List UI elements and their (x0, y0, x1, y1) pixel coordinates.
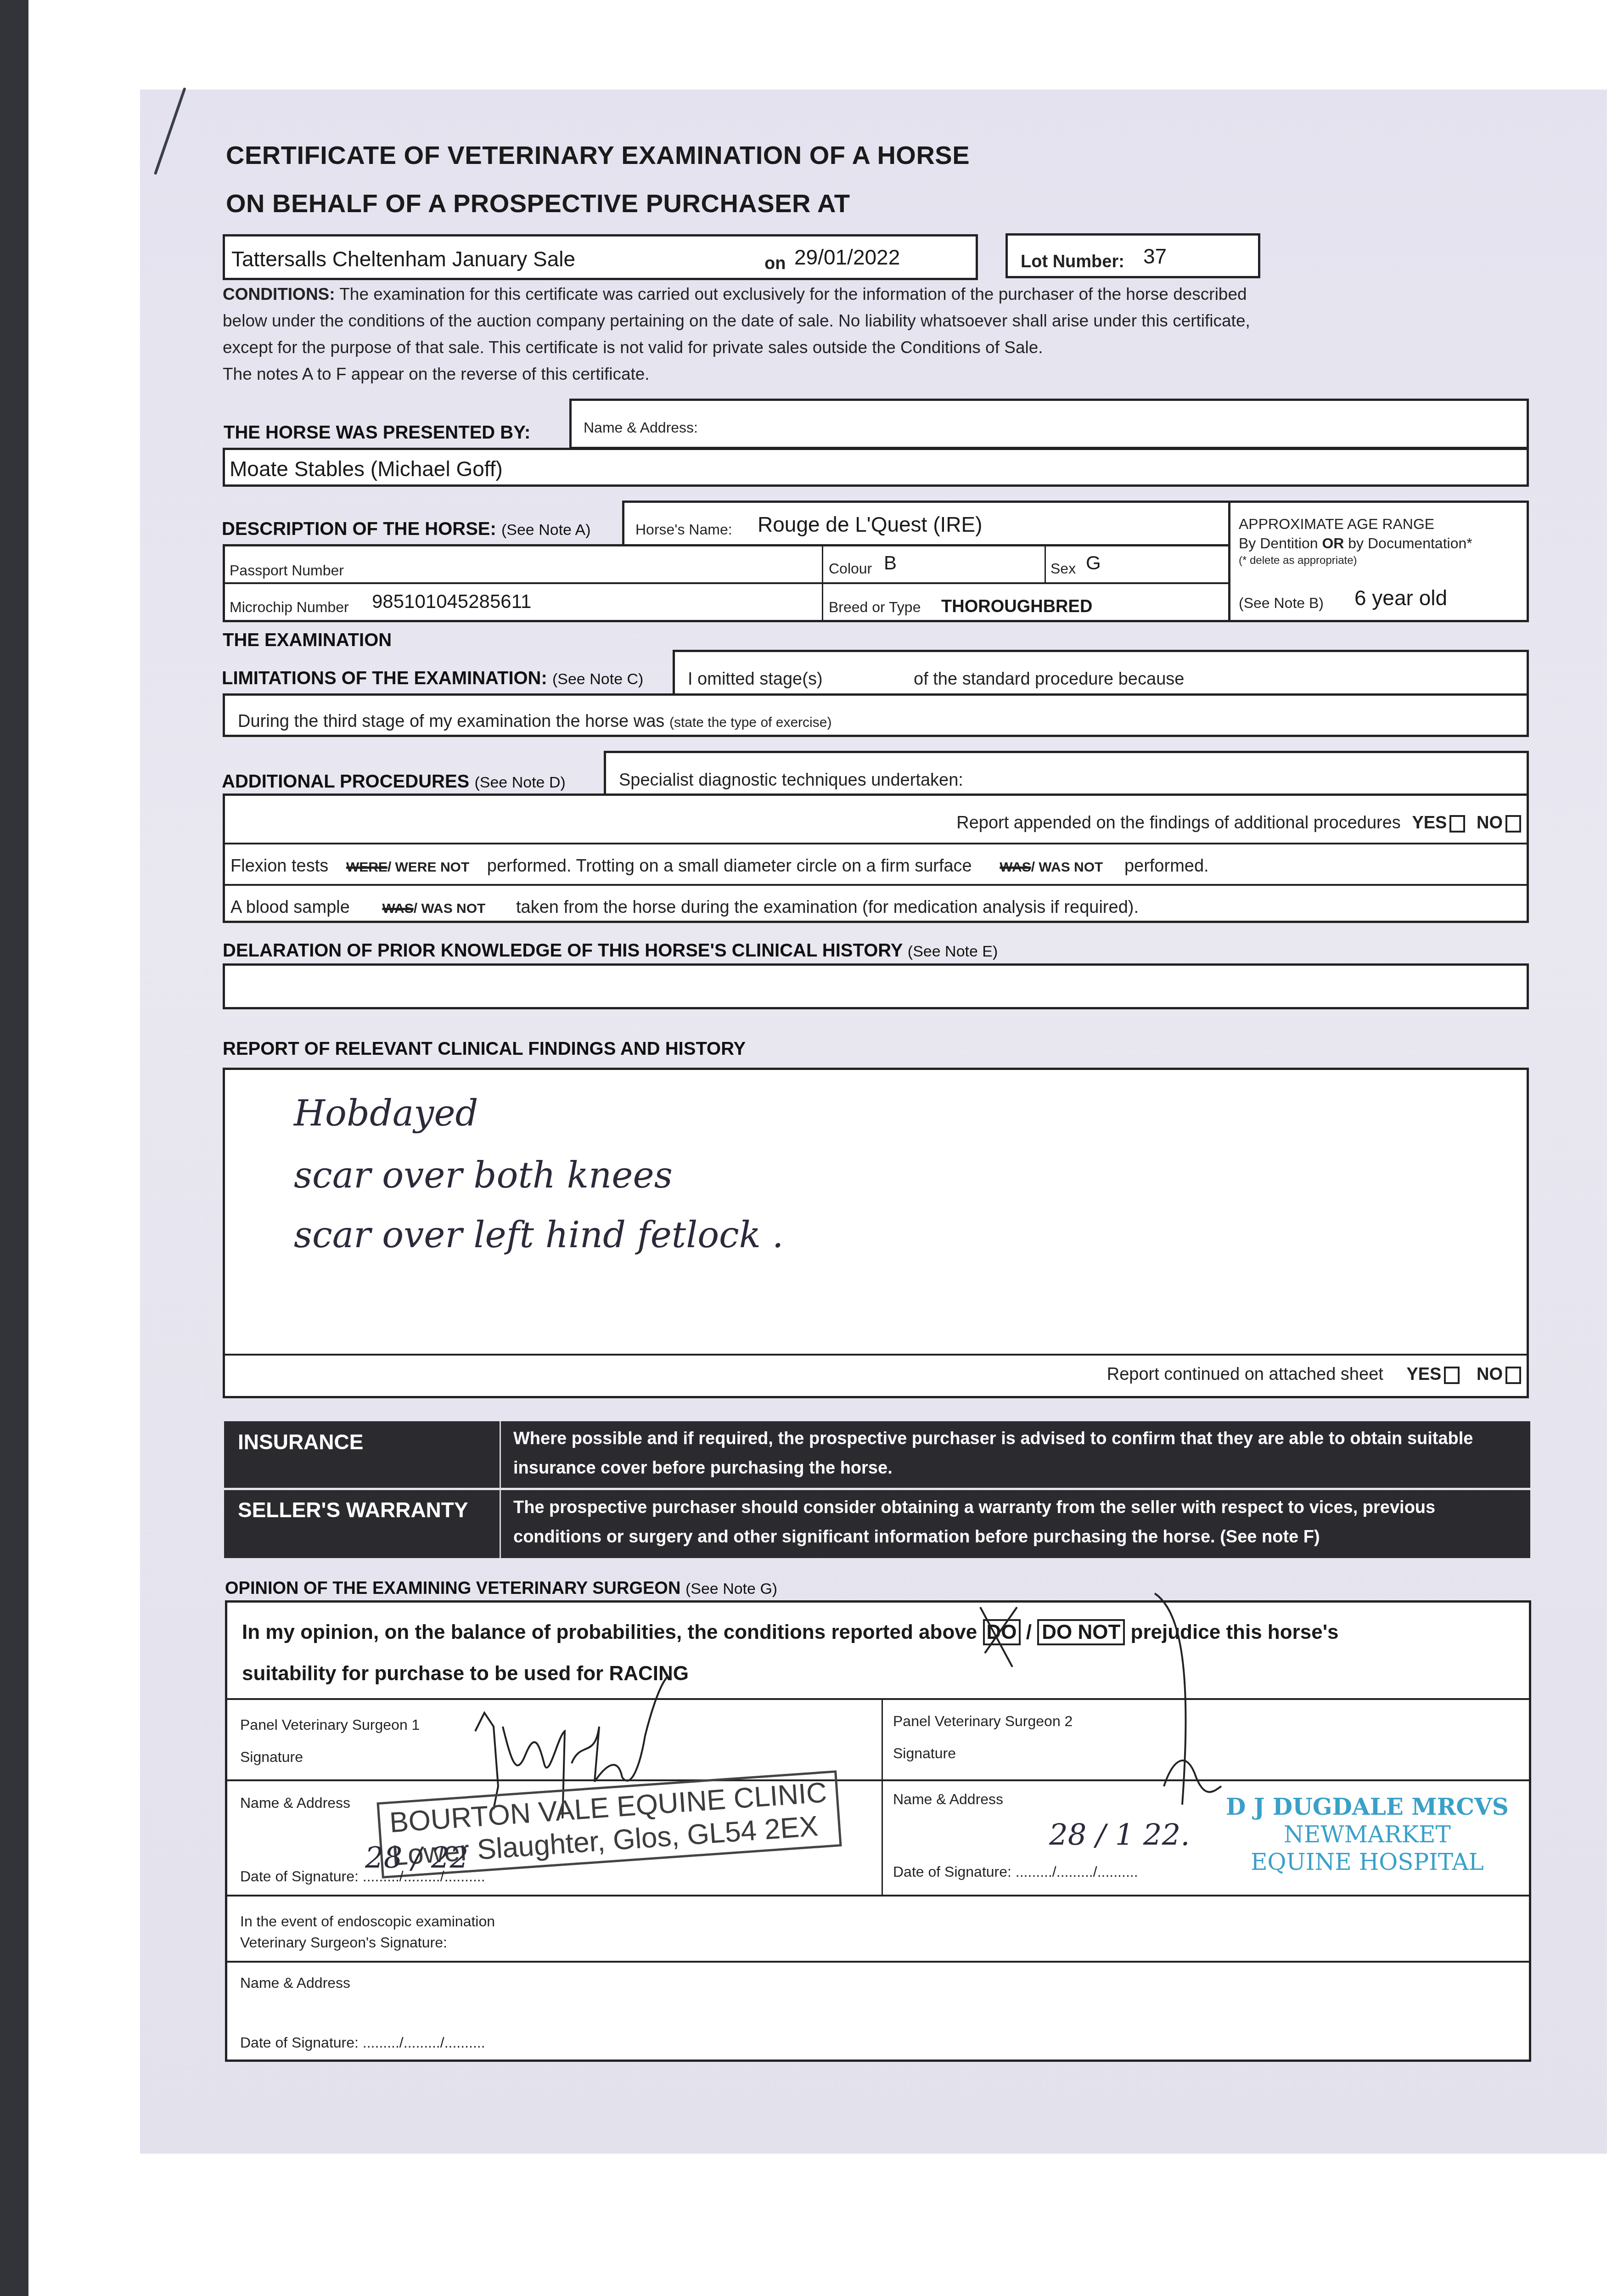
endoscopic-name-label: Name & Address (240, 1975, 350, 1992)
sale-on-label: on (764, 254, 786, 274)
report-appended-no-checkbox[interactable] (1505, 815, 1521, 833)
do-not-option[interactable]: DO NOT (1037, 1619, 1125, 1645)
surgeon2-name-label: Name & Address (893, 1791, 1003, 1808)
surgeon2-hospital-stamp: D J DUGDALE MRCVS NEWMARKET EQUINE HOSPI… (1226, 1793, 1509, 1876)
conditions-text: CONDITIONS: The examination for this cer… (223, 281, 1536, 388)
age-value: 6 year old (1354, 585, 1447, 610)
warranty-label: SELLER'S WARRANTY (238, 1497, 468, 1522)
insurance-band: INSURANCE Where possible and if required… (224, 1421, 1530, 1488)
title-line-1: CERTIFICATE OF VETERINARY EXAMINATION OF… (226, 140, 970, 170)
horse-name-label: Horse's Name: (635, 521, 732, 538)
trot-was-struck: WAS (1000, 860, 1031, 875)
surgeon2-signature[interactable] (1136, 1584, 1256, 1823)
declaration-heading: DELARATION OF PRIOR KNOWLEDGE OF THIS HO… (223, 940, 998, 961)
sale-date: 29/01/2022 (794, 245, 900, 270)
age-range-title: APPROXIMATE AGE RANGE (1239, 516, 1434, 533)
sex-value: G (1086, 552, 1101, 574)
surgeon2-handwritten-date: 28 / 1 22. (1049, 1818, 1190, 1852)
report-appended-yes-checkbox[interactable] (1449, 815, 1465, 833)
report-line-3: scar over left hind fetlock . (294, 1215, 784, 1256)
flexion-were-struck: WERE (346, 860, 388, 875)
presented-by-value: Moate Stables (Michael Goff) (230, 456, 503, 481)
conditions-line-3: except for the purpose of that sale. Thi… (223, 334, 1536, 361)
endoscopic-date-label: Date of Signature: ........./........./.… (240, 2034, 485, 2051)
horse-name-value: Rouge de L'Quest (IRE) (758, 512, 982, 537)
trot-was-not: / WAS NOT (1031, 860, 1103, 875)
endoscopic-line-1: In the event of endoscopic examination (240, 1913, 495, 1930)
presented-by-address-field[interactable]: Name & Address: (569, 399, 1529, 449)
surgeon1-handwritten-date: 28 / 22 (365, 1841, 468, 1875)
age-method: By Dentition OR by Documentation* (1239, 535, 1472, 552)
declaration-field[interactable] (223, 963, 1529, 1009)
opinion-block: In my opinion, on the balance of probabi… (225, 1600, 1531, 2062)
microchip-value: 985101045285611 (372, 591, 531, 613)
lot-number-label: Lot Number: (1021, 252, 1124, 272)
age-note: (See Note B) (1239, 595, 1324, 612)
limitations-heading: LIMITATIONS OF THE EXAMINATION: (See Not… (222, 668, 643, 689)
presented-by-heading: THE HORSE WAS PRESENTED BY: (224, 422, 530, 443)
horse-name-field[interactable]: Horse's Name: Rouge de L'Quest (IRE) (622, 501, 1230, 546)
additional-procedures-heading: ADDITIONAL PROCEDURES (See Note D) (222, 771, 566, 792)
warranty-text: The prospective purchaser should conside… (513, 1493, 1517, 1552)
blood-was-not: / WAS NOT (414, 901, 486, 916)
warranty-band: SELLER'S WARRANTY The prospective purcha… (224, 1490, 1530, 1558)
third-stage-field[interactable]: During the third stage of my examination… (223, 693, 1529, 737)
cross-out-mark (976, 1603, 1026, 1671)
presented-by-value-field[interactable]: Moate Stables (Michael Goff) (223, 448, 1529, 487)
title-line-2: ON BEHALF OF A PROSPECTIVE PURCHASER AT (226, 188, 850, 218)
report-line-1: Hobdayed (294, 1093, 478, 1134)
conditions-label: CONDITIONS: (223, 285, 335, 304)
surgeon2-signature-label: Signature (893, 1745, 956, 1762)
blood-was-struck: WAS (382, 901, 413, 916)
conditions-line-2: below under the conditions of the auctio… (223, 308, 1536, 334)
name-address-label: Name & Address: (584, 419, 698, 436)
surgeon2-date-label: Date of Signature: ........./........./.… (893, 1863, 1138, 1880)
surgeon1-signature-label: Signature (240, 1749, 303, 1766)
report-continued-no-checkbox[interactable] (1505, 1367, 1521, 1384)
do-option[interactable]: DO (983, 1619, 1021, 1645)
sex-label: Sex (1050, 560, 1076, 577)
breed-label: Breed or Type (829, 599, 921, 616)
surgeon2-title: Panel Veterinary Surgeon 2 (893, 1713, 1073, 1730)
surgeon1-title: Panel Veterinary Surgeon 1 (240, 1716, 420, 1733)
horse-details-grid: Passport Number Colour B Sex G Microchip… (223, 544, 1230, 622)
report-continued-yes-checkbox[interactable] (1444, 1367, 1460, 1384)
flexion-were-not: / WERE NOT (388, 860, 469, 875)
conditions-line-4: The notes A to F appear on the reverse o… (223, 361, 1536, 388)
surgeon1-name-label: Name & Address (240, 1795, 350, 1812)
description-heading: DESCRIPTION OF THE HORSE: (See Note A) (222, 519, 591, 540)
omitted-suffix: of the standard procedure because (914, 670, 1184, 689)
conditions-line-1: The examination for this certificate was… (339, 285, 1247, 304)
sale-field[interactable]: Tattersalls Cheltenham January Sale on 2… (223, 234, 978, 280)
breed-value: THOROUGHBRED (941, 597, 1092, 617)
passport-label: Passport Number (230, 562, 344, 579)
scanner-edge-bar (0, 0, 28, 2296)
report-heading: REPORT OF RELEVANT CLINICAL FINDINGS AND… (223, 1039, 746, 1059)
flexion-row: Flexion tests WERE/ WERE NOT performed. … (230, 856, 1209, 876)
blood-sample-row: A blood sample WAS/ WAS NOT taken from t… (230, 898, 1139, 917)
specialist-techniques-field[interactable]: Specialist diagnostic techniques underta… (604, 751, 1529, 796)
colour-value: B (884, 552, 897, 574)
report-continued-row: Report continued on attached sheet YES N… (1107, 1365, 1521, 1384)
microchip-label: Microchip Number (230, 599, 349, 616)
report-field[interactable]: Hobdayed scar over both knees scar over … (223, 1068, 1529, 1398)
age-delete-note: (* delete as appropriate) (1239, 554, 1357, 567)
age-range-field[interactable]: APPROXIMATE AGE RANGE By Dentition OR by… (1228, 501, 1529, 622)
insurance-label: INSURANCE (238, 1429, 363, 1454)
omitted-stages-field[interactable]: I omitted stage(s) of the standard proce… (673, 650, 1529, 696)
opinion-heading: OPINION OF THE EXAMINING VETERINARY SURG… (225, 1579, 777, 1598)
insurance-text: Where possible and if required, the pros… (513, 1424, 1517, 1483)
lot-number-value: 37 (1143, 244, 1167, 269)
omitted-label: I omitted stage(s) (688, 670, 823, 689)
band-divider (500, 1421, 501, 1558)
examination-heading: THE EXAMINATION (223, 630, 392, 651)
third-stage-label: During the third stage of my examination… (238, 712, 831, 732)
lot-number-field[interactable]: Lot Number: 37 (1005, 233, 1260, 278)
colour-label: Colour (829, 560, 872, 577)
sale-name: Tattersalls Cheltenham January Sale (231, 247, 575, 271)
additional-procedures-block: Report appended on the findings of addit… (223, 793, 1529, 923)
specialist-label: Specialist diagnostic techniques underta… (619, 771, 963, 790)
endoscopic-line-2: Veterinary Surgeon's Signature: (240, 1934, 447, 1951)
report-appended-row: Report appended on the findings of addit… (956, 813, 1521, 833)
report-line-2: scar over both knees (294, 1155, 673, 1196)
